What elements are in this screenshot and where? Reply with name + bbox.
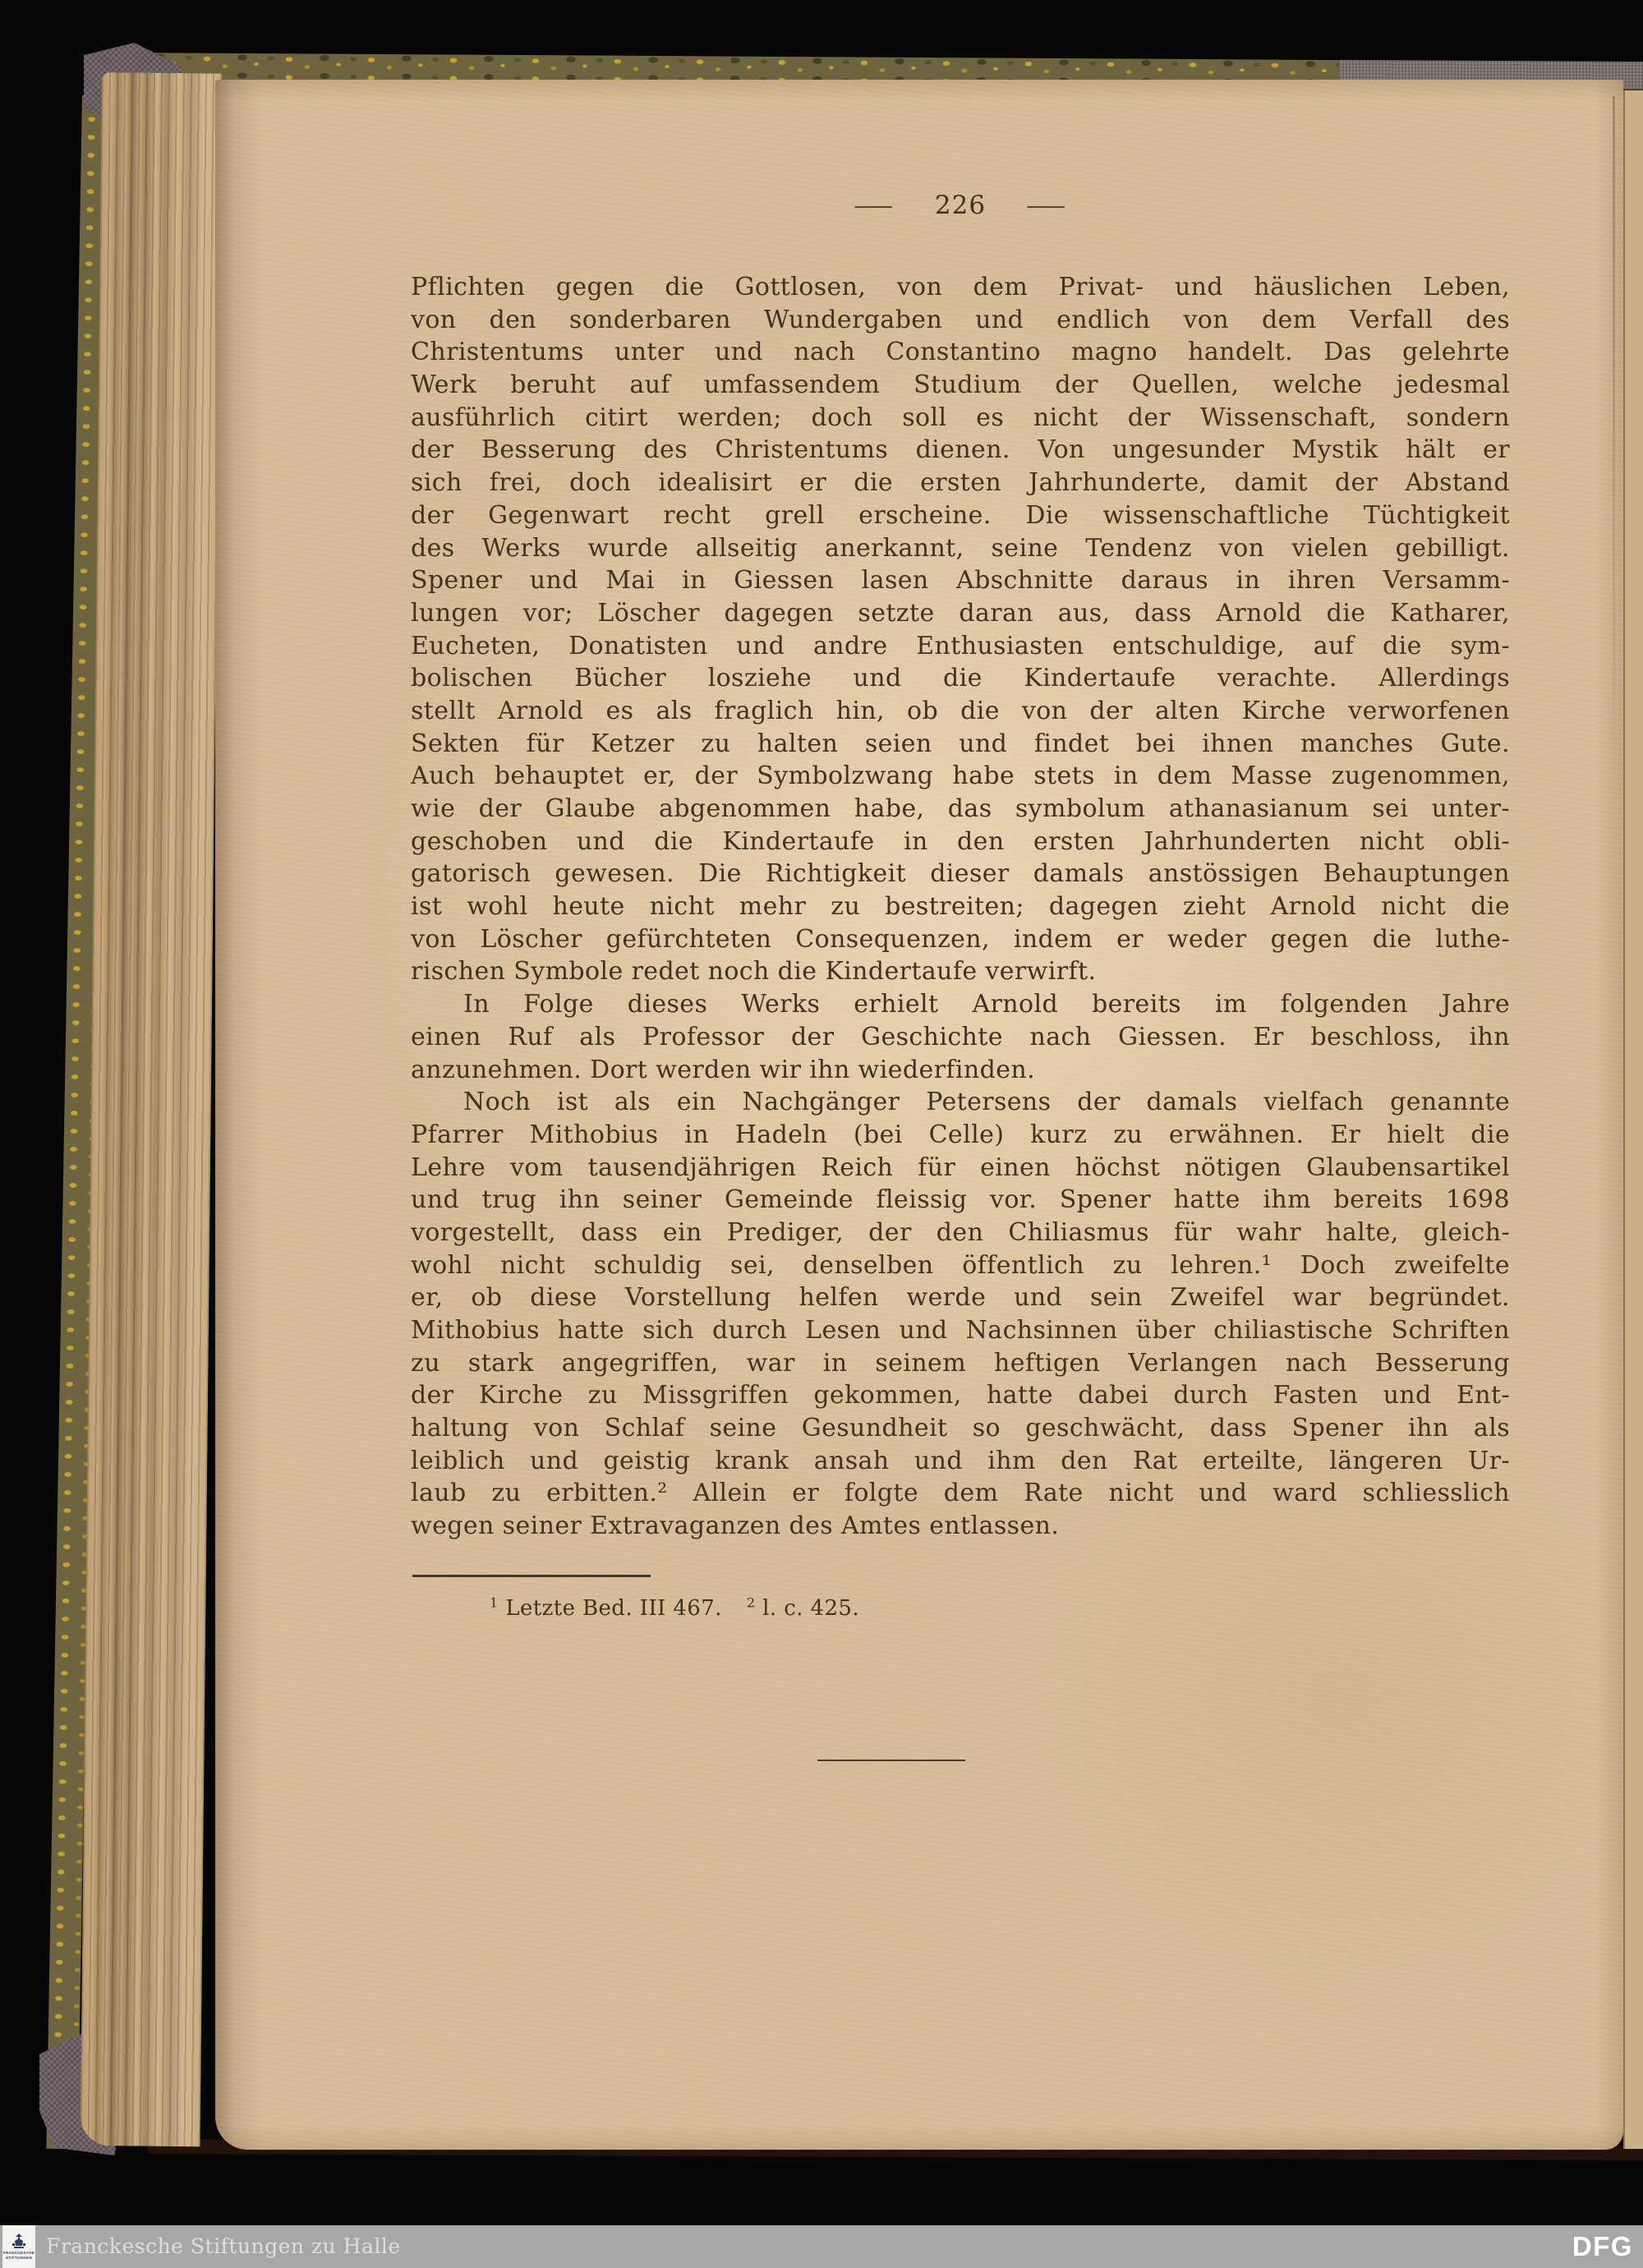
- text-line: anzunehmen. Dort werden wir ihn wiederfi…: [411, 1054, 1510, 1087]
- logo-text-line1: FRANCKESCHE: [3, 2251, 35, 2255]
- text-line: Lehre vom tausendjährigen Reich für eine…: [411, 1152, 1510, 1185]
- text-line: von Löscher gefürchteten Consequenzen, i…: [411, 923, 1510, 956]
- page-header: —226—: [411, 191, 1510, 220]
- text-line: Christentums unter und nach Constantino …: [411, 336, 1510, 369]
- text-line: sich frei, doch idealisirt er die ersten…: [411, 467, 1510, 499]
- text-line: haltung von Schlaf seine Gesundheit so g…: [411, 1412, 1510, 1445]
- text-line: leiblich und geistig krank ansah und ihm…: [411, 1445, 1510, 1478]
- footnote: 1 Letzte Bed. III 467.2 l. c. 425.: [411, 1594, 1589, 1621]
- header-dash-right: —: [1025, 191, 1067, 220]
- logo-emblem: [12, 2233, 26, 2250]
- text-line: rischen Symbole redet noch die Kindertau…: [411, 955, 1510, 988]
- footnote-item: 2 l. c. 425.: [747, 1596, 859, 1621]
- text-line: der Besserung des Christentums dienen. V…: [411, 434, 1510, 467]
- text-line: ist wohl heute nicht mehr zu bestreiten;…: [411, 890, 1510, 923]
- page-number: 226: [935, 191, 986, 220]
- text-line: vorgestellt, dass ein Prediger, der den …: [411, 1217, 1510, 1249]
- text-line: lungen vor; Löscher dagegen setzte daran…: [411, 597, 1510, 630]
- footnote-separator: [412, 1575, 651, 1577]
- text-line: Noch ist als ein Nachgänger Petersens de…: [411, 1086, 1510, 1119]
- logo-text-line2: STIFTUNGEN: [3, 2256, 35, 2260]
- body-text: Pflichten gegen die Gottlosen, von dem P…: [411, 271, 1510, 1543]
- text-line: von den sonderbaren Wundergaben und endl…: [411, 304, 1510, 337]
- section-divider: [817, 1760, 965, 1761]
- institution-name: Franckesche Stiftungen zu Halle: [46, 2234, 401, 2258]
- text-line: ausführlich citirt werden; doch soll es …: [411, 402, 1510, 435]
- text-line: wohl nicht schuldig sei, denselben öffen…: [411, 1249, 1510, 1282]
- text-line: gatorisch gewesen. Die Richtigkeit diese…: [411, 858, 1510, 890]
- text-line: stellt Arnold es als fraglich hin, ob di…: [411, 695, 1510, 728]
- text-line: Eucheten, Donatisten und andre Enthusias…: [411, 630, 1510, 663]
- franckesche-stiftungen-logo: FRANCKESCHE STIFTUNGEN: [2, 2225, 35, 2268]
- text-line: der Gegenwart recht grell erscheine. Die…: [411, 499, 1510, 532]
- text-line: und trug ihn seiner Gemeinde fleissig vo…: [411, 1184, 1510, 1217]
- text-line: Mithobius hatte sich durch Lesen und Nac…: [411, 1314, 1510, 1347]
- text-line: er, ob diese Vorstellung helfen werde un…: [411, 1281, 1510, 1314]
- text-line: der Kirche zu Missgriffen gekommen, hatt…: [411, 1379, 1510, 1412]
- text-line: Auch behauptet er, der Symbolzwang habe …: [411, 760, 1510, 793]
- text-line: wegen seiner Extravaganzen des Amtes ent…: [411, 1510, 1510, 1543]
- text-line: Werk beruht auf umfassendem Studium der …: [411, 369, 1510, 402]
- text-line: Pflichten gegen die Gottlosen, von dem P…: [411, 271, 1510, 304]
- logo-text: FRANCKESCHE STIFTUNGEN: [3, 2251, 35, 2260]
- footnote-item: 1 Letzte Bed. III 467.: [490, 1596, 722, 1621]
- viewer-footer: FRANCKESCHE STIFTUNGEN Franckesche Stift…: [0, 2225, 1643, 2268]
- text-line: wie der Glaube abgenommen habe, das symb…: [411, 793, 1510, 826]
- text-line: bolischen Bücher losziehe und die Kinder…: [411, 662, 1510, 695]
- text-line: einen Ruf als Professor der Geschichte n…: [411, 1021, 1510, 1054]
- scan-background: —226— Pflichten gegen die Gottlosen, von…: [0, 0, 1643, 2268]
- text-line: zu stark angegriffen, war in seinem heft…: [411, 1347, 1510, 1380]
- text-line: Spener und Mai in Giessen lasen Abschnit…: [411, 564, 1510, 597]
- printed-page-content: —226— Pflichten gegen die Gottlosen, von…: [0, 0, 1643, 2268]
- text-line: Sekten für Ketzer zu halten seien und fi…: [411, 728, 1510, 761]
- text-line: des Werks wurde allseitig anerkannt, sei…: [411, 532, 1510, 565]
- text-line: In Folge dieses Werks erhielt Arnold ber…: [411, 988, 1510, 1021]
- text-line: laub zu erbitten.² Allein er folgte dem …: [411, 1477, 1510, 1510]
- header-dash-left: —: [853, 191, 895, 220]
- text-line: geschoben und die Kindertaufe in den ers…: [411, 826, 1510, 858]
- dfg-logo: DFG: [1572, 2231, 1633, 2262]
- text-line: Pfarrer Mithobius in Hadeln (bei Celle) …: [411, 1119, 1510, 1152]
